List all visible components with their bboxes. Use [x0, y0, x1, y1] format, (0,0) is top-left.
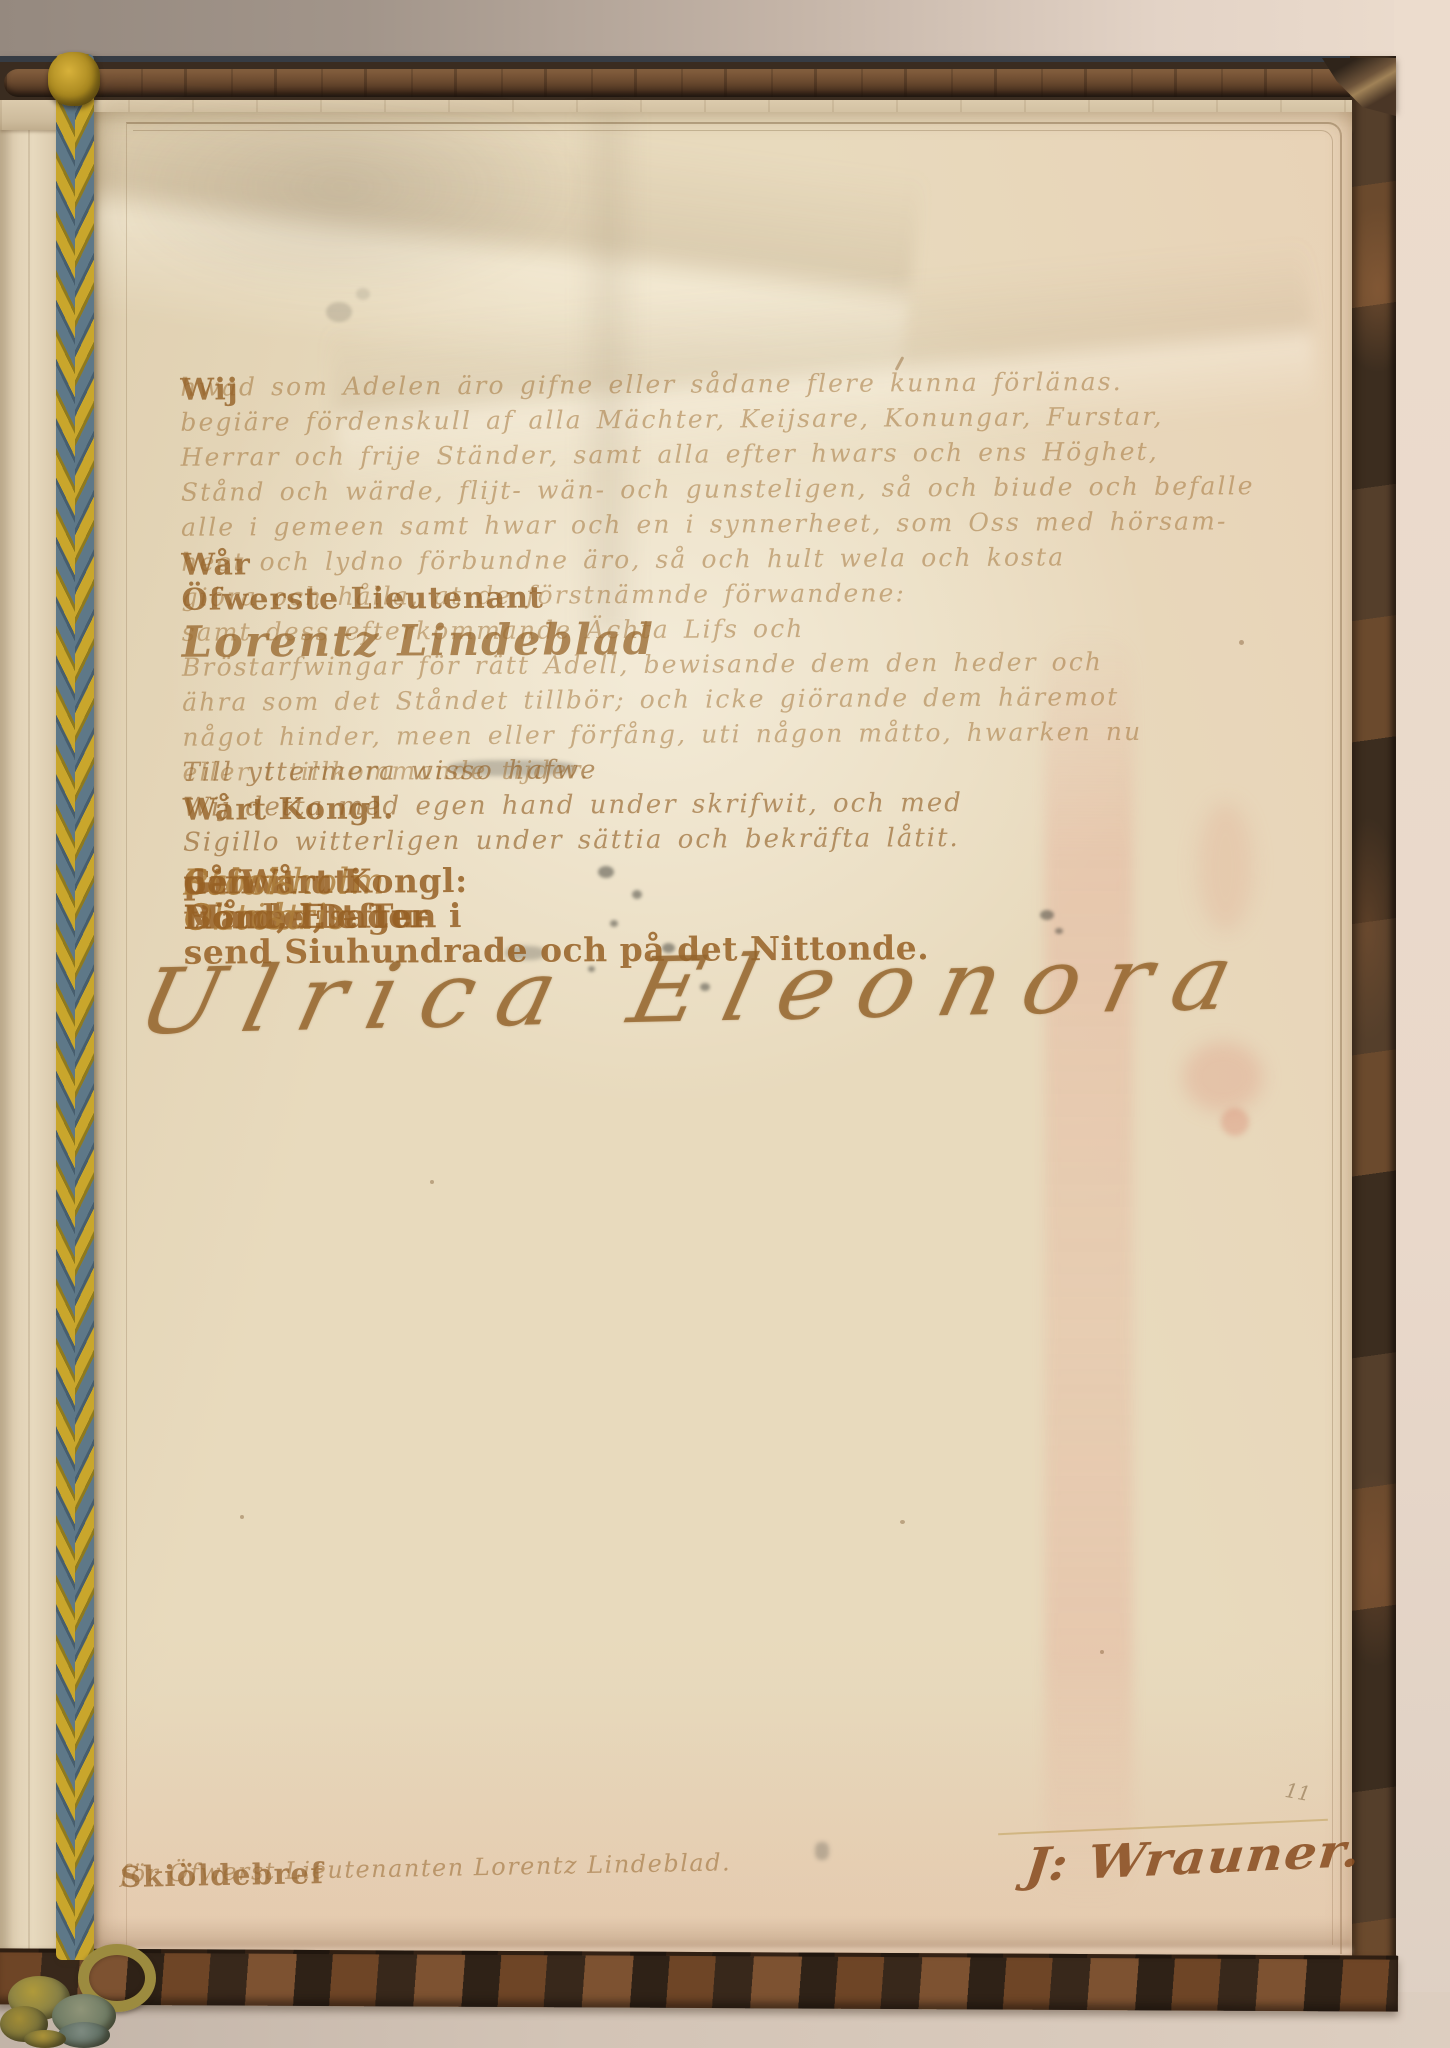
manuscript-text: Wårt Kongl. [183, 791, 395, 827]
cord-strand-left [56, 54, 75, 1960]
manuscript-text: den [183, 862, 253, 901]
manuscript-line: Sigillo witterligen under sättia och bek… [183, 822, 1088, 863]
fly-speck [240, 1515, 244, 1519]
manuscript-line: eller i tillkommande tijder. Till ytterm… [183, 752, 1088, 793]
manuscript-line: Stånd och wärde, flijt- wän- och gunstel… [181, 472, 1086, 513]
manuscript-line: tionde Dagen i Octobris Månad, efter Chr… [183, 892, 1088, 933]
manuscript-text: något hinder, meen eller förfång, uti nå… [182, 717, 1142, 752]
parchment-page: hwad som Adelen äro gifne eller sådane f… [93, 112, 1352, 1960]
manuscript-text: begiäre fördenskull af alla Mächter, Kei… [180, 402, 1163, 437]
manuscript-text: Till yttermera wisso hafwe [183, 755, 598, 788]
manuscript-line: alle i gemeen samt hwar och en i synnerh… [181, 507, 1086, 548]
corner-numeral: 11 [1283, 1778, 1312, 1806]
manuscript-line: Bröstarfwingar för rätt Adell, bewisande… [182, 647, 1087, 688]
manuscript-text: ähra som det Ståndet tillbör; och icke g… [182, 682, 1119, 717]
fly-speck [1239, 640, 1244, 645]
mold-spot [326, 302, 352, 322]
manuscript-text: samt dess efterkommande Ächta Lifs och [182, 614, 805, 647]
manuscript-line: ähra som det Ståndet tillbör; och icke g… [182, 682, 1087, 723]
manuscript-text: Wår [181, 547, 251, 582]
manuscript-line: något hinder, meen eller förfång, uti nå… [182, 717, 1087, 758]
manuscript-line: hwad som Adelen äro gifne eller sådane f… [180, 367, 1085, 408]
manuscript-text: alle i gemeen samt hwar och en i synnerh… [181, 506, 1228, 541]
fly-speck [430, 1180, 434, 1184]
manuscript-text: Herrar och frije Ständer, samt alla efte… [181, 437, 1159, 472]
pink-spot [1221, 1108, 1249, 1136]
cord-tassel [0, 1938, 170, 2048]
fly-speck [1100, 1650, 1104, 1654]
mold-spot [356, 288, 370, 300]
manuscript-text: hwad som Adelen äro gifne eller sådane f… [180, 367, 1123, 402]
manuscript-text: Wij [180, 372, 239, 407]
manuscript-text: Bröstarfwingar för rätt Adell, bewisande… [182, 647, 1103, 682]
cord-knot [24, 2030, 66, 2048]
pink-blotch [1198, 802, 1253, 932]
cord-knot [58, 2022, 110, 2048]
fly-speck [900, 1520, 905, 1524]
cord-top-knot [48, 52, 100, 106]
cord-strand-right [75, 54, 94, 1960]
binding-cord [56, 54, 94, 1960]
manuscript-text-block: hwad som Adelen äro gifne eller sådane f… [180, 367, 1089, 968]
manuscript-line: Herrar och frije Ständer, samt alla efte… [181, 437, 1086, 478]
manuscript-text: heet och lydno förbundne äro, så och hul… [181, 542, 1065, 576]
manuscript-text: Öfwerste Lieutenant [181, 581, 544, 618]
manuscript-line: Gifwit uti Stockholm på Wårt Kongl: Pala… [183, 857, 1088, 898]
manuscript-text: Sigillo witterligen under sättia och bek… [183, 823, 960, 858]
manuscript-line: heet och lydno förbundne äro, så och hul… [181, 542, 1086, 583]
binding-bottom-edge [0, 1948, 1398, 2011]
manuscript-line: Wij detta med egen hand under skrifwit, … [183, 787, 1088, 828]
scanned-book-spread: hwad som Adelen äro gifne eller sådane f… [0, 0, 1450, 2048]
scan-background-right [1394, 0, 1450, 2048]
manuscript-line: begiäre fördenskull af alla Mächter, Kei… [180, 402, 1085, 443]
manuscript-line: Lorentz Lindeblad samt dess efterkommand… [182, 612, 1087, 653]
mold-spot [815, 1842, 829, 1860]
pink-blotch [1183, 1042, 1263, 1112]
manuscript-line: giöra och hålla, at de förstnämnde förwa… [181, 577, 1086, 618]
scan-background-top [0, 0, 1450, 56]
